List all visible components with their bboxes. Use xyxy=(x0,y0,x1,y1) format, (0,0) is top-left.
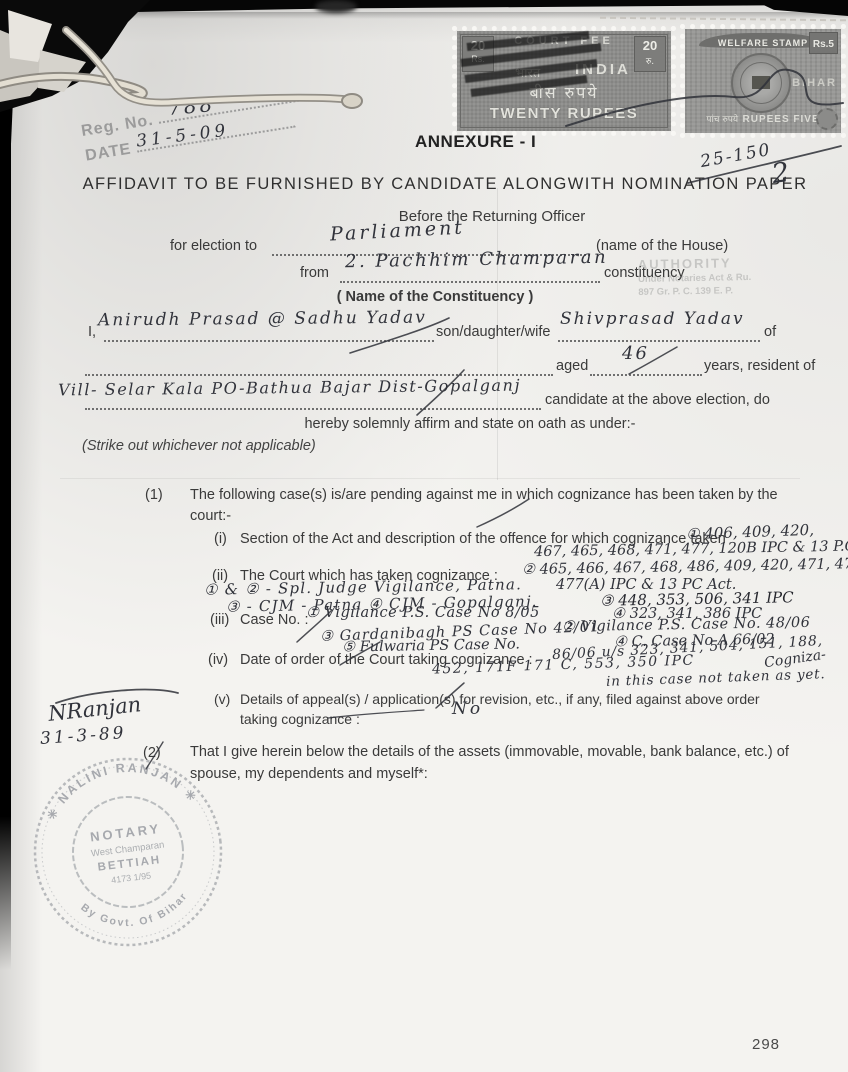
item-i-num: (i) xyxy=(214,531,227,547)
welfare-header-band: WELFARE STAMP xyxy=(699,33,827,48)
section2-line1: That I give herein below the details of … xyxy=(190,744,789,760)
welfare-header: WELFARE STAMP xyxy=(718,38,808,48)
welfare-denom-hi: पांच रुपये xyxy=(706,115,738,125)
notary-seal: ✳ NALINI RANJAN ✳ By Govt. Of Bihar NOTA… xyxy=(8,732,249,973)
item-v-num: (v) xyxy=(214,691,230,707)
of-label: of xyxy=(764,324,776,340)
welfare-emblem xyxy=(731,53,791,113)
welfare-denom: RUPEES FIVE xyxy=(743,114,820,125)
corner-amount-note: 25-150 xyxy=(699,140,773,172)
section1-line1: The following case(s) is/are pending aga… xyxy=(190,487,778,503)
cancellation-overprint xyxy=(457,31,671,131)
scanned-affidavit-page: Reg. No. DATE 788 31-5-09 COURT FEE 20 R… xyxy=(0,0,848,1072)
hw-case-1: ① Vigilance P.S. Case No 8/05 xyxy=(306,605,540,621)
seal-number-text: 4173 1/95 xyxy=(111,870,152,885)
i-label: I, xyxy=(88,324,96,340)
welfare-stamp: WELFARE STAMP Rs.5 BIHAR पांच रुपये RUPE… xyxy=(680,24,846,138)
relation-label: son/daughter/wife xyxy=(436,324,550,340)
from-label: from xyxy=(300,265,329,281)
emblem-building xyxy=(752,76,770,89)
page-number: 298 xyxy=(752,1036,780,1053)
age-value: 46 xyxy=(622,343,649,364)
margin-signature: NRanjan xyxy=(47,692,142,726)
house-hint: (name of the House) xyxy=(596,238,728,254)
affidavit-title: AFFIDAVIT TO BE FURNISHED BY CANDIDATE A… xyxy=(42,175,848,194)
strike-note: (Strike out whichever not applicable) xyxy=(82,438,316,454)
father-name: Shivprasad Yadav xyxy=(560,309,745,329)
welfare-value-box: Rs.5 xyxy=(809,32,838,54)
thread-knot xyxy=(342,94,362,108)
constituency-caption: ( Name of the Constituency ) xyxy=(35,289,835,305)
welfare-rosette xyxy=(816,108,838,130)
hw-case-5: ⑤ Fulwaria PS Case No. xyxy=(342,636,520,655)
declarant-name: Anirudh Prasad @ Sadhu Yadav xyxy=(98,308,427,331)
item-v-line1: Details of appeal(s) / application(s) fo… xyxy=(240,691,760,707)
reg-date-label: DATE xyxy=(84,141,132,165)
tick-pending xyxy=(477,499,529,527)
blank-line xyxy=(85,358,553,376)
before-returning-officer: Before the Returning Officer xyxy=(92,208,848,225)
seal-arc-top-text: ✳ NALINI RANJAN ✳ xyxy=(39,752,202,824)
constituency-label: constituency xyxy=(604,265,685,281)
court-fee-stamp: COURT FEE 20 Rs. 20 रु. भारत INDIA बीस र… xyxy=(452,26,676,136)
affirm-text: hereby solemnly affirm and state on oath… xyxy=(90,416,848,432)
welfare-state: BIHAR xyxy=(792,77,837,89)
section1-line2: court:- xyxy=(190,508,231,524)
candidate-label: candidate at the above election, do xyxy=(545,392,770,408)
years-label: years, resident of xyxy=(704,358,815,374)
election-to-label: for election to xyxy=(170,238,257,254)
corner-count-note: 2 xyxy=(770,157,791,190)
binding-thread-and-corner xyxy=(0,0,390,135)
hw-appeal-answer: No xyxy=(452,699,483,719)
item-iv-num: (iv) xyxy=(208,652,228,668)
horizontal-crease xyxy=(60,478,800,479)
welfare-value: Rs.5 xyxy=(813,39,834,50)
svg-text:✳ NALINI RANJAN ✳: ✳ NALINI RANJAN ✳ xyxy=(39,752,202,824)
section1-num: (1) xyxy=(145,487,163,503)
item-v-line2: taking cognizance : xyxy=(240,711,360,727)
aged-label: aged xyxy=(556,358,588,374)
annexure-heading: ANNEXURE - I xyxy=(415,132,536,152)
